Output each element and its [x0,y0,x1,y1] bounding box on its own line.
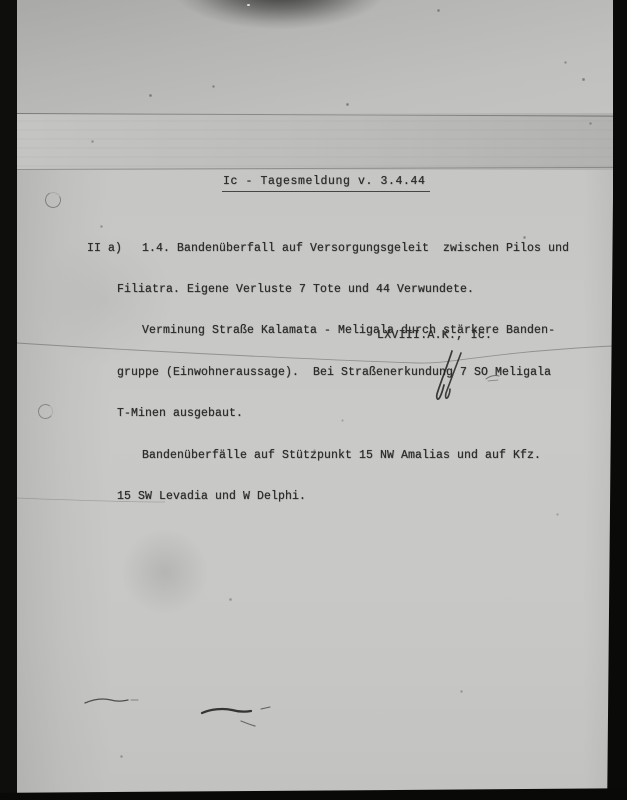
document-page: Ic - Tagesmeldung v. 3.4.44 II a)1.4. Ba… [17,0,613,793]
unit-signature-line: LXVIII.A.K., Ic. [377,329,492,342]
page-top-shadow-band [17,0,613,113]
report-line: gruppe (Einwohneraussage). Bei Straßener… [117,366,569,380]
scanned-document-photo: Ic - Tagesmeldung v. 3.4.44 II a)1.4. Ba… [0,0,627,800]
report-line-text: 1.4. Bandenüberfall auf Versorgungsgelei… [142,242,569,255]
report-line: Filiatra. Eigene Verluste 7 Tote und 44 … [117,283,569,297]
overlapping-page-edge-band [17,113,613,170]
section-label: II a) [87,242,142,256]
report-line: 15 SW Levadia und W Delphi. [117,490,569,504]
report-line: Verminung Straße Kalamata - Meligala dur… [142,324,569,338]
report-line: T-Minen ausgebaut. [117,407,569,421]
report-line: II a)1.4. Bandenüberfall auf Versorgungs… [87,242,569,256]
report-title: Ic - Tagesmeldung v. 3.4.44 [222,175,430,192]
report-line: Bandenüberfälle auf Stützpunkt 15 NW Ama… [142,449,569,463]
report-body: II a)1.4. Bandenüberfall auf Versorgungs… [87,214,569,531]
scan-border-left [0,0,17,800]
dust-specks [17,0,18,1]
film-speck [247,4,250,6]
